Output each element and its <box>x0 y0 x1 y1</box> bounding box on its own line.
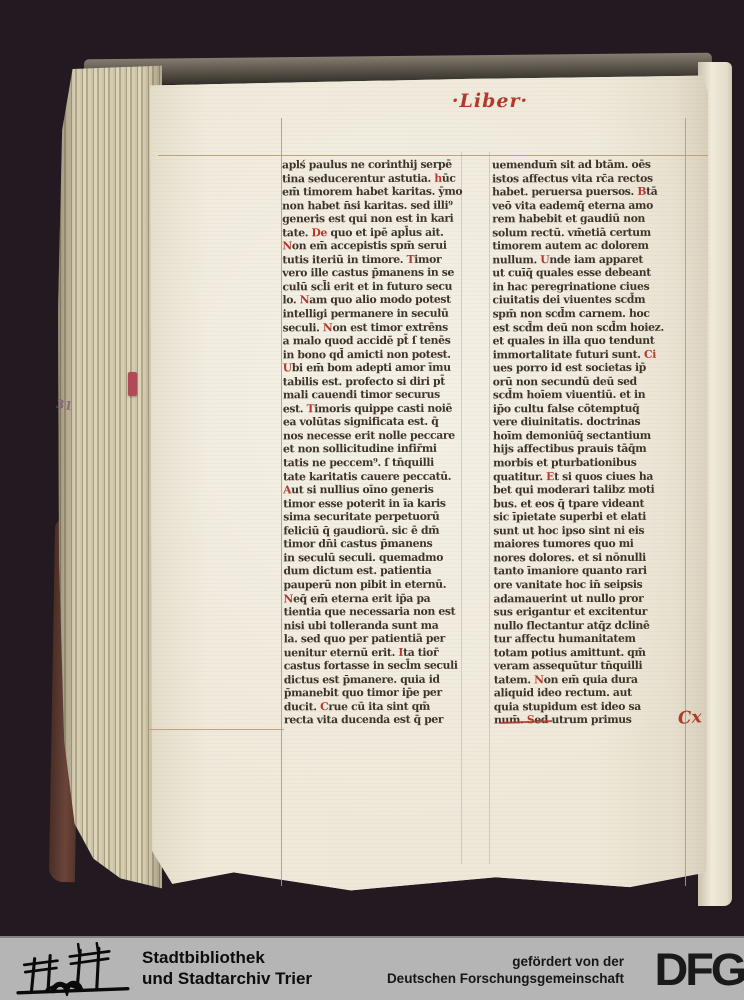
manuscript-text-line: veram assequūtur tn̄quilli <box>494 659 690 673</box>
manuscript-text-line: ues porro id est societas ip̄ <box>493 361 689 375</box>
manuscript-text-line: Non em̄ accepistis spm̄ serui <box>282 239 462 253</box>
funding-credit: gefördert von der Deutschen Forschungsge… <box>387 953 624 987</box>
manuscript-text-line: tur affectu humanitatem <box>494 632 690 646</box>
manuscript-text-line: habet. peruersa puersos. Btā <box>492 185 688 199</box>
funding-credit-line2: Deutschen Forschungsgemeinschaft <box>387 970 624 987</box>
manuscript-text-line: veō vita eademq̄ eterna amo <box>492 198 688 212</box>
digitization-footer: Stadtbibliothek und Stadtarchiv Trier ge… <box>0 936 744 1000</box>
manuscript-text-line: castus fortasse in secl̄m seculi <box>284 659 464 673</box>
manuscript-text-line: vere diuinitatis. doctrinas <box>493 415 689 429</box>
manuscript-text-line: tientia que necessaria non est <box>284 605 464 619</box>
manuscript-text-line: ciuitatis dei viuentes scd̄m <box>492 293 688 307</box>
manuscript-text-line: tate karitatis cauere peccatū. <box>283 469 463 483</box>
manuscript-text-line: timor esse poterit in īa karis <box>283 496 463 510</box>
red-edge-tab <box>128 372 137 396</box>
manuscript-text-line: uemendum̄ sit ad btām. oēs <box>492 158 688 172</box>
library-name: Stadtbibliothek und Stadtarchiv Trier <box>142 947 312 989</box>
manuscript-scan-page: 31 ·Liber· aplś paulus ne corinthij serp… <box>0 0 744 1000</box>
manuscript-text-line: tina seducerentur astutia. hūc <box>282 171 462 185</box>
manuscript-text-line: mali cauendi timor securus <box>283 388 463 402</box>
manuscript-text-line: quatitur. Et si quos ciues ha <box>493 469 689 483</box>
rubricated-letter: N <box>534 673 544 686</box>
manuscript-text-line: est. Timoris quippe casti noiē <box>283 402 463 416</box>
manuscript-text-line: dictus est p̄manere. quia id <box>284 672 464 686</box>
manuscript-text-line: ducit. Crue cū ita sint qm̄ <box>284 700 464 714</box>
manuscript-text-line: scd̄m hoīem viuentiū. et in <box>493 388 689 402</box>
porta-nigra-logo-icon <box>16 942 132 996</box>
rubricated-letter: E <box>546 470 554 483</box>
manuscript-text-line: ore vanitate hoc in̄ seipsis <box>493 578 689 592</box>
manuscript-text-line: Neq̄ em̄ eterna erit ip̄a pa <box>284 591 464 605</box>
manuscript-text-line: pauperū non pibit in eternū. <box>283 578 463 592</box>
manuscript-text-line: culū scl̄i erit et in futuro secu <box>282 280 462 294</box>
rubricated-letter: N <box>284 592 294 605</box>
manuscript-text-line: est scd̄m deū non scd̄m hoiez. <box>493 320 689 334</box>
manuscript-text-line: in hac peregrinatione ciues <box>492 280 688 294</box>
manuscript-text-line: tatis ne peccem⁹. ſ tn̄quilli <box>283 456 463 470</box>
manuscript-text-line: vero ille castus p̄manens in se <box>282 266 462 280</box>
manuscript-text-line: seculi. Non est timor extrēns <box>283 320 463 334</box>
running-header: ·Liber· <box>430 90 550 112</box>
manuscript-text-line: maiores tumores quo mi <box>493 537 689 551</box>
manuscript-text-line: uenitur eternū erit. Ita tior̄ <box>284 645 464 659</box>
rubricated-letter: U <box>540 253 549 266</box>
rubricated-letter: N <box>300 294 310 307</box>
manuscript-text-line: tutis iteriū in timore. Timor <box>282 253 462 267</box>
manuscript-text-line: non habet n̄si karitas. sed illi⁹ <box>282 198 462 212</box>
manuscript-text-line: bet qui moderari talibz moti <box>493 483 689 497</box>
page-stack-fore-edge <box>58 64 162 890</box>
margin-note-rubric: Cx <box>677 707 702 729</box>
manuscript-text-line: la. sed quo per patientiā per <box>284 632 464 646</box>
rubricated-letter: h <box>434 171 442 184</box>
manuscript-text-line: in seculū seculi. quemadmo <box>283 551 463 565</box>
dfg-logo: DFG <box>655 944 744 996</box>
manuscript-text-line: hoīm demoniūq̄ sectantium <box>493 429 689 443</box>
manuscript-text-line: sima securitate perpetuorū <box>283 510 463 524</box>
manuscript-text-line: aplś paulus ne corinthij serpē <box>282 158 462 172</box>
manuscript-text-line: em̄ timorem habet karitas. ȳmo <box>282 185 462 199</box>
text-column-right: uemendum̄ sit ad btām. oēsistos affectus… <box>492 158 690 728</box>
manuscript-text-line: rem habebit et gaudiū non <box>492 212 688 226</box>
manuscript-text-line: p̄manebit quo timor ip̄e per <box>284 686 464 700</box>
ruling-line-left-margin <box>148 729 284 730</box>
manuscript-text-line: dum dictum est. patientia <box>283 564 463 578</box>
manuscript-text-line: generis est qui non est in kari <box>282 212 462 226</box>
manuscript-text-line: immortalitate futuri sunt. Ci <box>493 347 689 361</box>
manuscript-text-line: ut cuīq̄ quales esse debeant <box>492 266 688 280</box>
manuscript-text-line: adamauerint ut nullo pror <box>494 591 690 605</box>
manuscript-text-line: sunt ut hoc ipso sint ni eis <box>493 523 689 537</box>
manuscript-text-line: istos affectus vita rc̄a rectos <box>492 171 688 185</box>
manuscript-text-line: lo. Nam quo alio modo potest <box>282 293 462 307</box>
manuscript-text-line: nullum. Unde iam apparet <box>492 252 688 266</box>
manuscript-text-line: a malo quod accidē pt̄ ſ tenēs <box>283 334 463 348</box>
manuscript-text-line: Aut si nullius oīno generis <box>283 483 463 497</box>
manuscript-text-line: orū non secundū deū sed <box>493 374 689 388</box>
ruling-line-top <box>158 155 708 156</box>
manuscript-text-line: sic īpietate superbi et elati <box>493 510 689 524</box>
manuscript-text-line: hijs affectibus prauis tāq̄m <box>493 442 689 456</box>
manuscript-text-line: timor dn̄i castus p̄manens <box>283 537 463 551</box>
manuscript-text-line: feliciū q̄ gaudiorū. sic ē dm̄ <box>283 523 463 537</box>
rubricated-letter: U <box>283 361 292 374</box>
manuscript-text-line: tanto īmaniore quanto rari <box>493 564 689 578</box>
manuscript-text-line: in bono qd̄ amicti non potest. <box>283 347 463 361</box>
manuscript-text-line: nullo flectantur atq̄z dclinē <box>494 618 690 632</box>
rubricated-letter: A <box>283 483 291 496</box>
manuscript-text-line: aliquid ideo rectum. aut <box>494 686 690 700</box>
manuscript-text-line: nores dolores. et si nōnulli <box>493 551 689 565</box>
rubricated-letter: Ci <box>644 347 656 360</box>
text-column-left: aplś paulus ne corinthij serpētina seduc… <box>282 158 464 728</box>
rubricated-letter: N <box>323 321 333 334</box>
manuscript-text-line: ea volūtas significata est. q̄ <box>283 415 463 429</box>
manuscript-text-line: nos necesse erit nolle peccare <box>283 429 463 443</box>
manuscript-text-line: solum rectū. vm̄etiā certum <box>492 225 688 239</box>
manuscript-text-line: recta vita ducenda est q̄ per <box>284 713 464 727</box>
manuscript-text-line: quia stupidum est ideo sa <box>494 700 690 714</box>
rubricated-letter: De <box>312 226 328 239</box>
manuscript-text-line: spm̄ non scd̄m carnem. hoc <box>493 307 689 321</box>
rubricated-letter: N <box>282 240 292 253</box>
manuscript-text-line: tabilis est. profecto si diri pt̄ <box>283 374 463 388</box>
manuscript-text-line: tatem. Non em̄ quia dura <box>494 672 690 686</box>
funding-credit-line1: gefördert von der <box>387 953 624 970</box>
manuscript-text-line: et non sollicitudine infir̄mi <box>283 442 463 456</box>
ruling-line-col2-left <box>489 152 490 864</box>
edge-foliation-mark: 31 <box>55 397 74 414</box>
manuscript-text-line: timorem autem ac dolorem <box>492 239 688 253</box>
library-name-line2: und Stadtarchiv Trier <box>142 968 312 989</box>
manuscript-text-line: morbis et pturbationibus <box>493 456 689 470</box>
rubricated-letter: T <box>407 253 415 266</box>
manuscript-text-line: nisi ubi tolleranda sunt ma <box>284 618 464 632</box>
manuscript-text-line: sus erigantur et excitentur <box>494 605 690 619</box>
library-name-line1: Stadtbibliothek <box>142 947 312 968</box>
rubricated-letter: B <box>637 185 646 198</box>
manuscript-text-line: et quales in illa quo tendunt <box>493 334 689 348</box>
manuscript-text-line: bus. et eos q̄ tpare videant <box>493 496 689 510</box>
manuscript-text-line: totam potius amittunt. qm̄ <box>494 645 690 659</box>
manuscript-text-line: tate. De quo et ipē apl̄us ait. <box>282 225 462 239</box>
manuscript-text-line: intelligi permanere in seculū <box>283 307 463 321</box>
manuscript-text-line: ip̄o cultu false cōtemptuq̄ <box>493 402 689 416</box>
manuscript-text-line: Ubi em̄ bom adepti amor īmu <box>283 361 463 375</box>
